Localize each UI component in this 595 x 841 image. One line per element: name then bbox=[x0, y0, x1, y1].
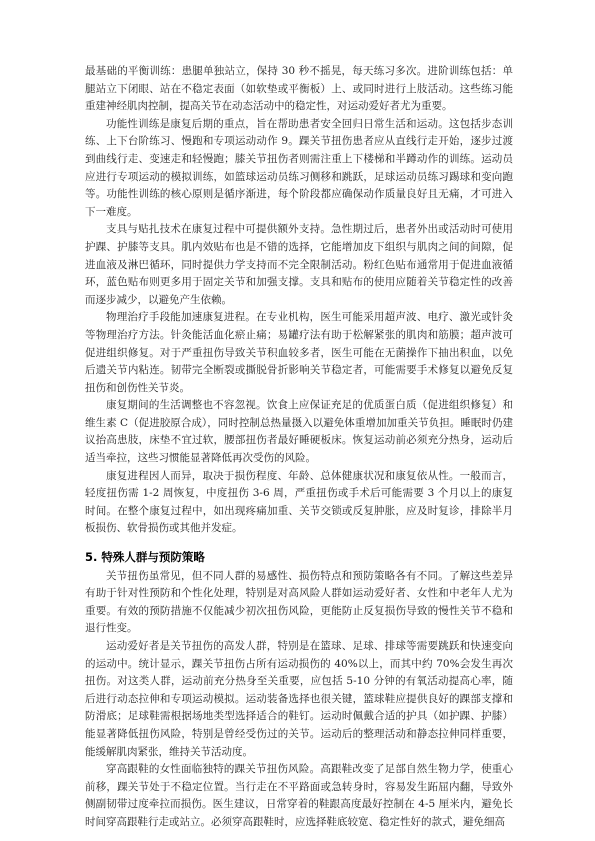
document-page: 最基础的平衡训练：患腿单独站立，保持 30 秒不摇晃，每天练习多次。进阶训练包括… bbox=[0, 0, 595, 841]
paragraph-recovery-timeline: 康复进程因人而异，取决于损伤程度、年龄、总体健康状况和康复依从性。一般而言，轻度… bbox=[85, 468, 513, 538]
paragraph-functional-training: 功能性训练是康复后期的重点，旨在帮助患者安全回归日常生活和运动。这包括步态训练、… bbox=[85, 116, 513, 222]
paragraph-high-heels-risk: 穿高跟鞋的女性面临独特的踝关节扭伤风险。高跟鞋改变了足部自然生物力学，使重心前移… bbox=[85, 761, 513, 831]
document-body: 最基础的平衡训练：患腿单独站立，保持 30 秒不摇晃，每天练习多次。进阶训练包括… bbox=[85, 63, 513, 832]
section-heading-special-groups: 5. 特殊人群与预防策略 bbox=[85, 549, 513, 567]
paragraph-physical-therapy: 物理治疗手段能加速康复进程。在专业机构，医生可能采用超声波、电疗、激光或针灸等物… bbox=[85, 309, 513, 397]
paragraph-lifestyle-adjustment: 康复期间的生活调整也不容忽视。饮食上应保证充足的优质蛋白质（促进组织修复）和维生… bbox=[85, 397, 513, 467]
paragraph-balance-training: 最基础的平衡训练：患腿单独站立，保持 30 秒不摇晃，每天练习多次。进阶训练包括… bbox=[85, 63, 513, 116]
paragraph-braces-taping: 支具与贴扎技术在康复过程中可提供额外支持。急性期过后，患者外出或活动时可使用护踝… bbox=[85, 221, 513, 309]
paragraph-special-groups-intro: 关节扭伤虽常见，但不同人群的易感性、损伤特点和预防策略各有不同。了解这些差异有助… bbox=[85, 568, 513, 638]
paragraph-sports-enthusiasts: 运动爱好者是关节扭伤的高发人群，特别是在篮球、足球、排球等需要跳跃和快速变向的运… bbox=[85, 638, 513, 761]
